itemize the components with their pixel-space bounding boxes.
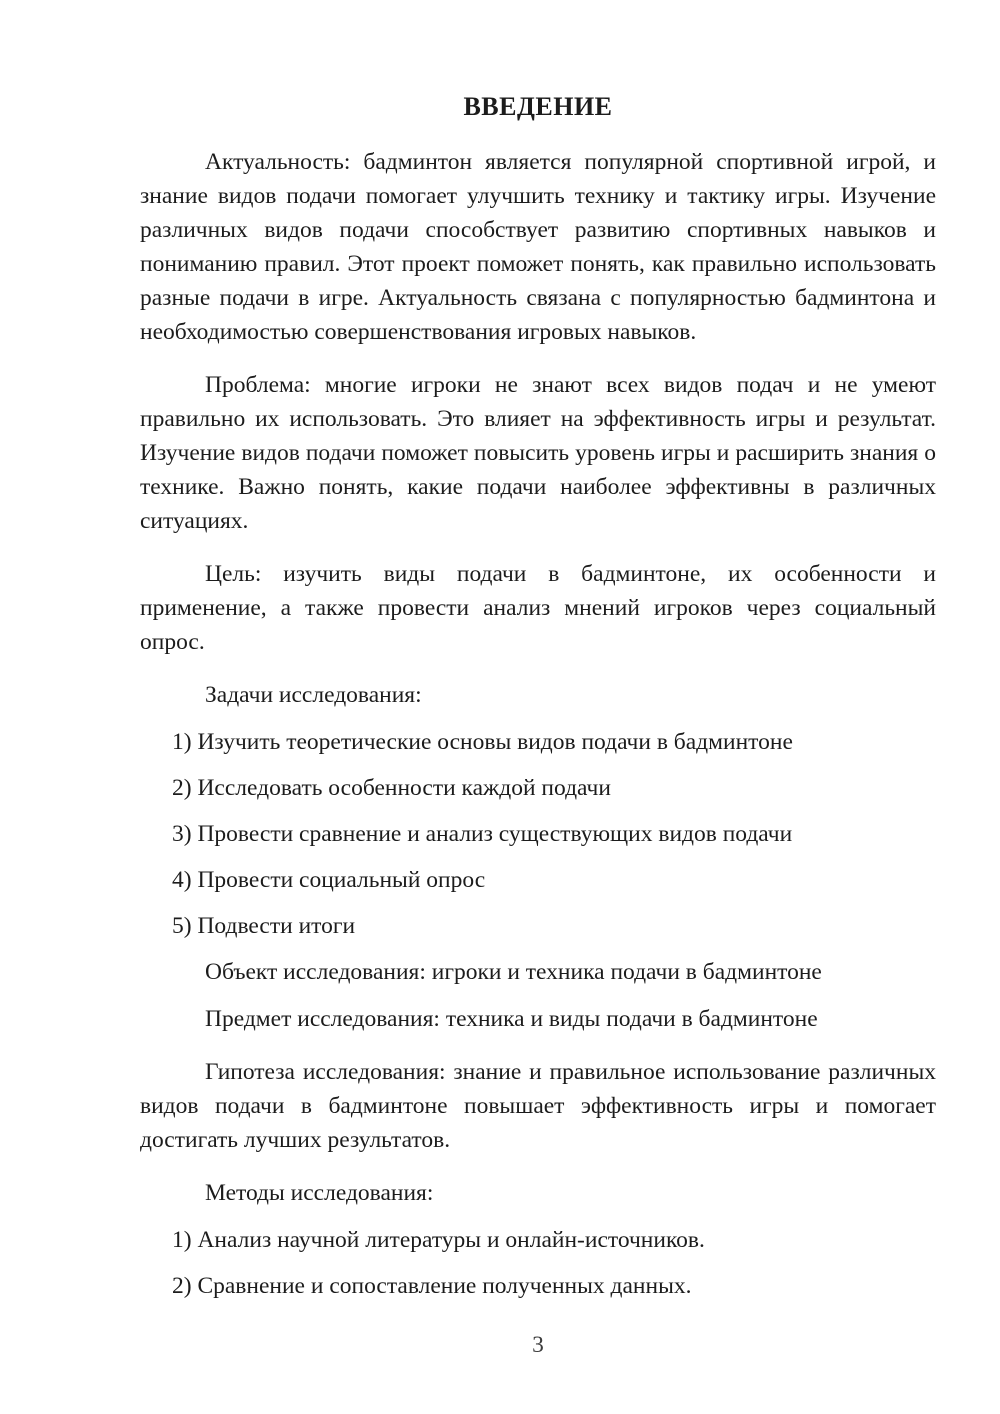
tasks-list: 1) Изучить теоретические основы видов по… [140,725,936,943]
methods-list: 1) Анализ научной литературы и онлайн-ис… [140,1223,936,1303]
task-item-2: 2) Исследовать особенности каждой подачи [172,771,936,805]
paragraph-object: Объект исследования: игроки и техника по… [140,955,936,989]
paragraph-hypothesis: Гипотеза исследования: знание и правильн… [140,1055,936,1157]
footer-page-number: 3 [140,1328,936,1362]
page-title: ВВЕДЕНИЕ [140,90,936,124]
method-item-1: 1) Анализ научной литературы и онлайн-ис… [172,1223,936,1257]
paragraph-goal: Цель: изучить виды подачи в бадминтоне, … [140,557,936,659]
methods-heading: Методы исследования: [140,1176,936,1210]
paragraph-problem: Проблема: многие игроки не знают всех ви… [140,368,936,538]
task-item-1: 1) Изучить теоретические основы видов по… [172,725,936,759]
paragraph-subject: Предмет исследования: техника и виды под… [140,1002,936,1036]
paragraph-relevance: Актуальность: бадминтон является популяр… [140,145,936,349]
task-item-4: 4) Провести социальный опрос [172,863,936,897]
document-page: ВВЕДЕНИЕ Актуальность: бадминтон являетс… [0,0,1000,1414]
task-item-3: 3) Провести сравнение и анализ существую… [172,817,936,851]
task-item-5: 5) Подвести итоги [172,909,936,943]
tasks-heading: Задачи исследования: [140,678,936,712]
method-item-2: 2) Сравнение и сопоставление полученных … [172,1269,936,1303]
